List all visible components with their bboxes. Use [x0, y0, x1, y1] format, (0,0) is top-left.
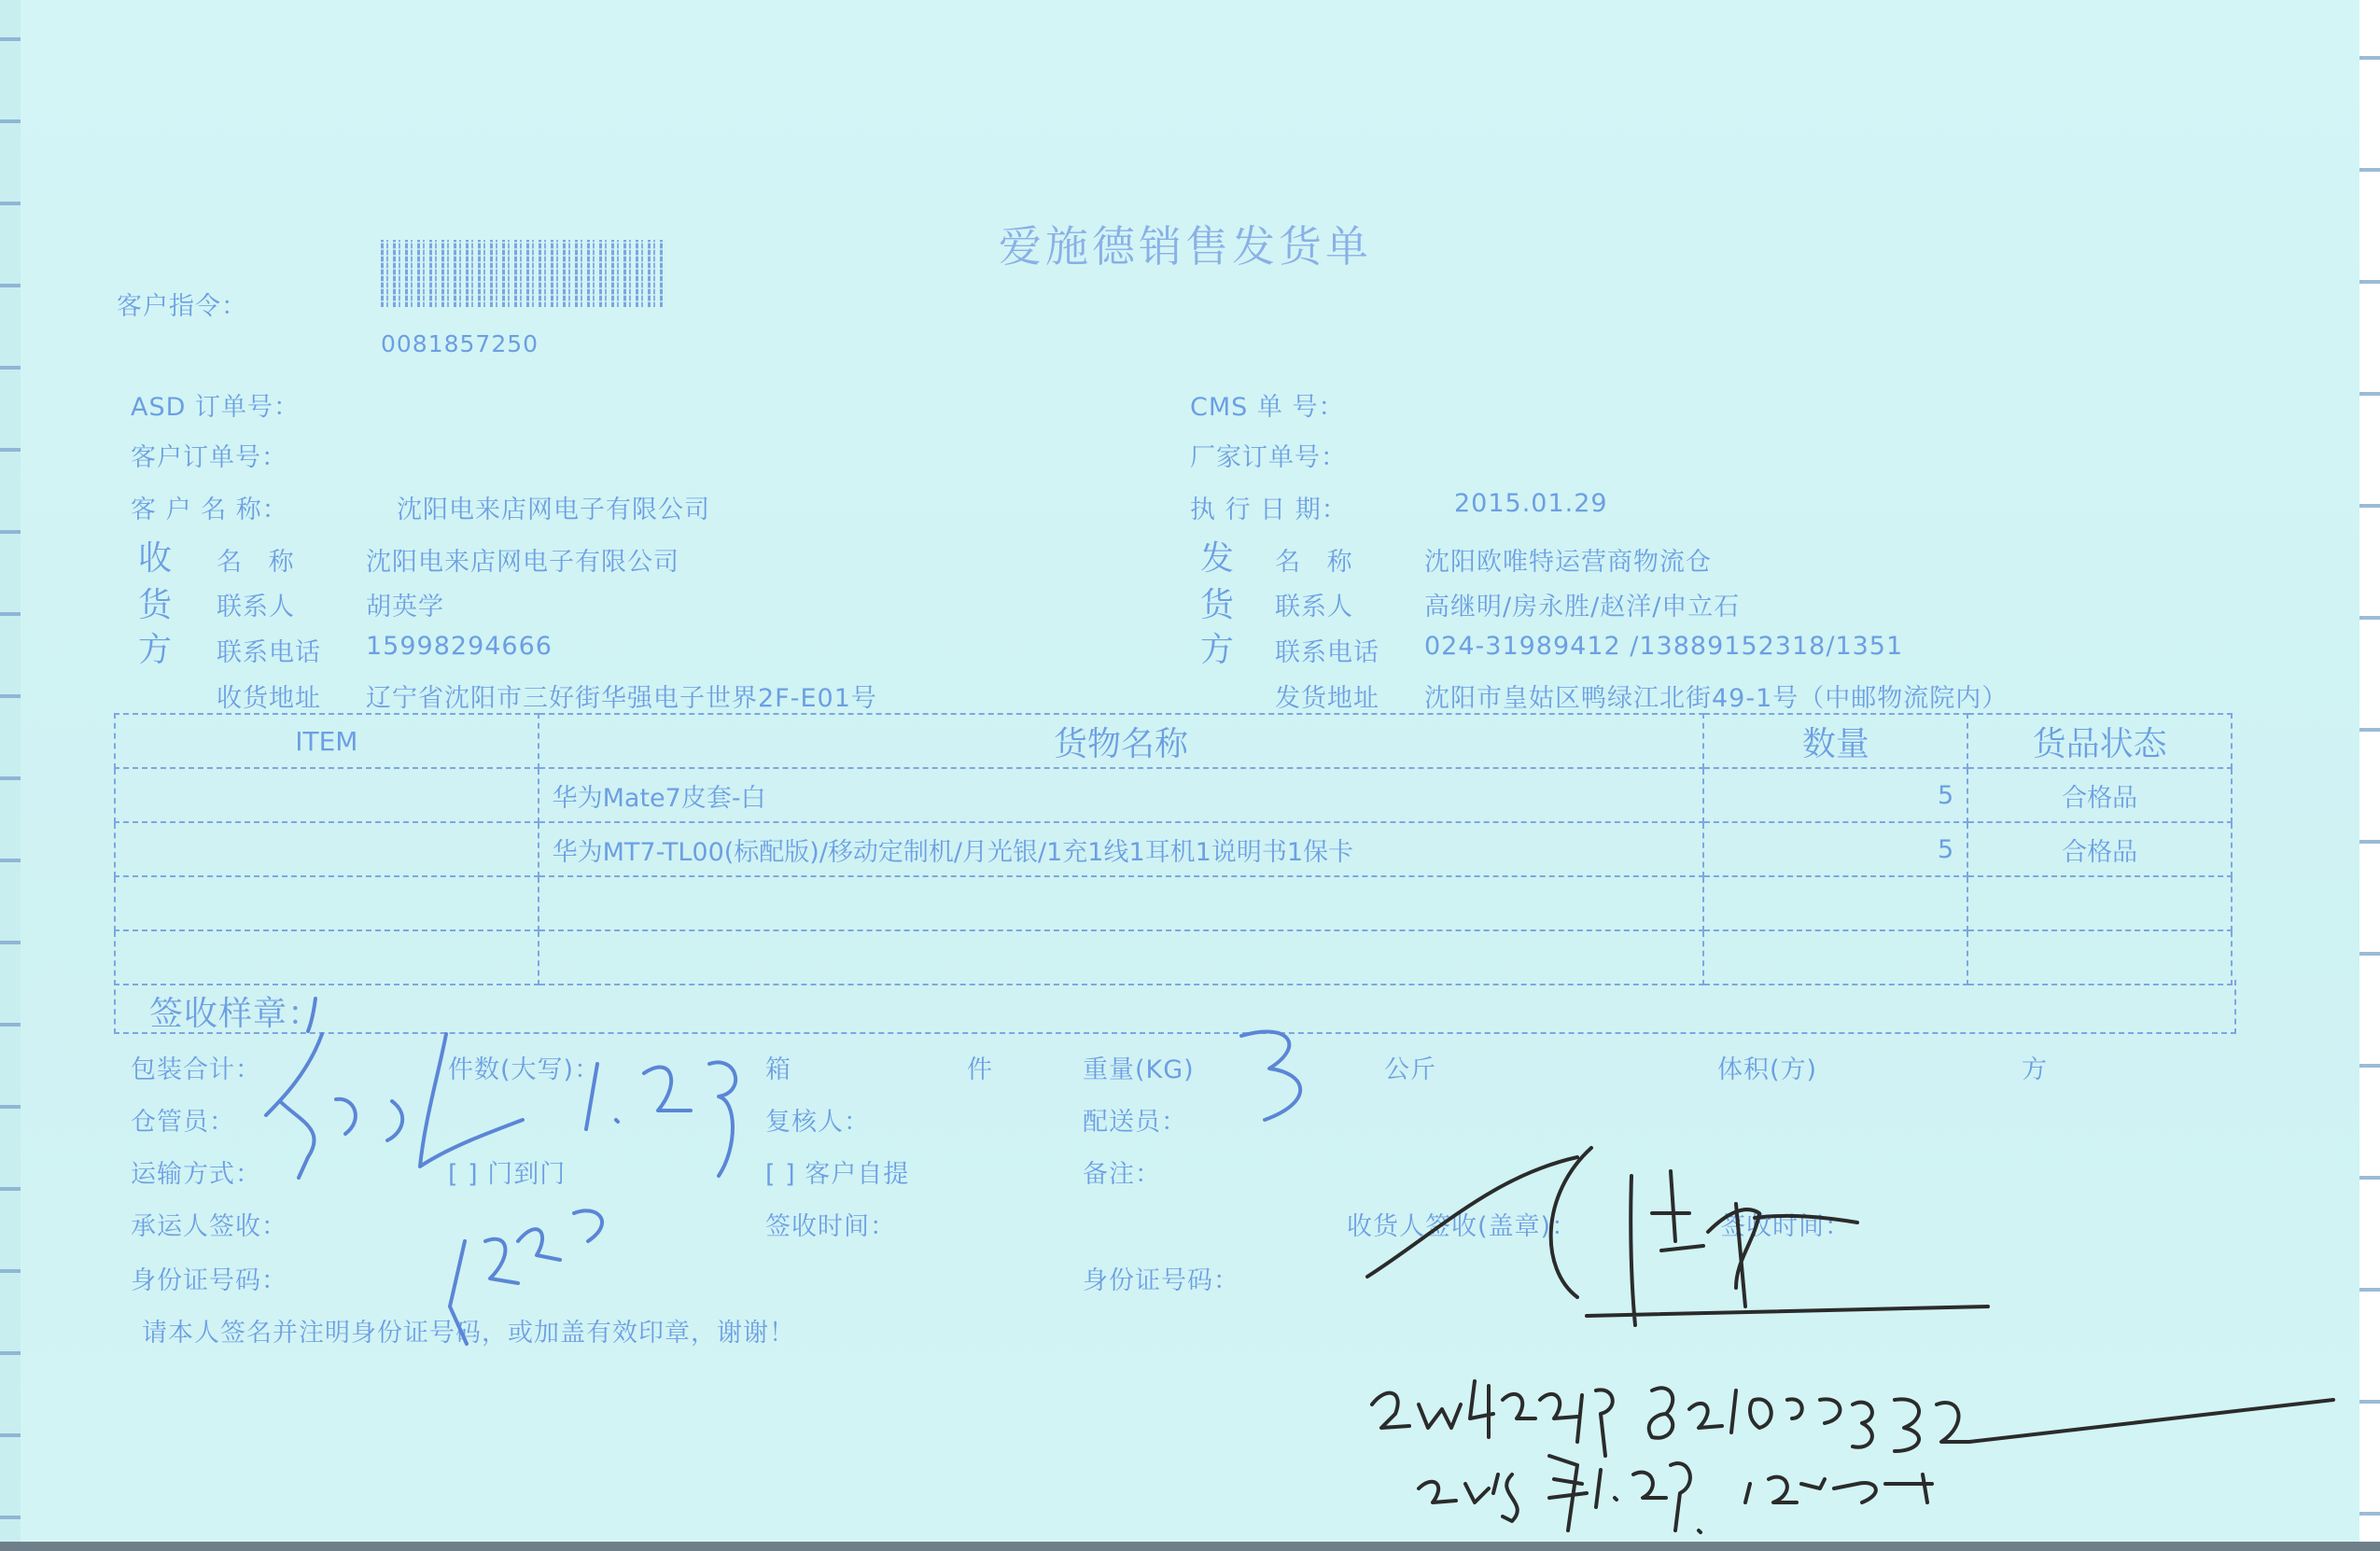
row-goods-name: [539, 876, 1704, 930]
receiver-side-char-3: 方: [138, 623, 173, 671]
volume-label: 体积(方): [1717, 1049, 1817, 1085]
box-label: 箱: [765, 1049, 791, 1085]
transport-method-label: 运输方式：: [131, 1153, 261, 1190]
asd-order-label: ASD 订单号：: [131, 386, 300, 423]
header-quantity: 数量: [1703, 714, 1967, 768]
row-status: [1967, 930, 2232, 985]
row-status: [1967, 876, 2232, 930]
barcode-number: 0081857250: [381, 330, 539, 357]
row-goods-name: [539, 930, 1704, 985]
table-row: [115, 876, 2232, 930]
receiver-phone-label: 联系电话: [217, 632, 321, 668]
row-status: 合格品: [1967, 822, 2232, 876]
self-pickup-checkbox[interactable]: [ ] 客户自提: [765, 1153, 909, 1190]
tractor-feed-edge-left: [0, 0, 21, 1551]
id-number-label-left: 身份证号码：: [131, 1260, 287, 1296]
scan-bottom-edge: [0, 1542, 2380, 1551]
sender-contact-value: 高继明/房永胜/赵洋/申立石: [1424, 586, 1740, 622]
carrier-sign-label: 承运人签收：: [131, 1206, 287, 1242]
row-goods-name: 华为MT7-TL00(标配版)/移动定制机/月光银/1充1线1耳机1说明书1保卡: [539, 822, 1704, 876]
package-total-label: 包装合计：: [131, 1049, 261, 1085]
sender-phone-value: 024-31989412 /13889152318/1351: [1424, 632, 1903, 661]
row-item: [115, 768, 539, 822]
exec-date-value: 2015.01.29: [1454, 489, 1608, 518]
sender-side-char-3: 方: [1200, 623, 1235, 671]
customer-name-value: 沈阳电来店网电子有限公司: [397, 489, 710, 525]
row-quantity: 5: [1703, 822, 1967, 876]
tractor-feed-edge-right: [2359, 0, 2380, 1551]
kg-label: 公斤: [1384, 1049, 1436, 1085]
document-title: 爱施德销售发货单: [999, 213, 1372, 274]
receiver-contact-label: 联系人: [217, 586, 295, 622]
header-goods-name: 货物名称: [539, 714, 1704, 768]
sender-address-value: 沈阳市皇姑区鸭绿江北街49-1号（中邮物流院内）: [1424, 678, 2008, 714]
receiver-sign-label: 收货人签收(盖章)：: [1347, 1206, 1577, 1242]
receiver-name-label: 名 称: [217, 541, 303, 578]
row-item: [115, 876, 539, 930]
receiver-contact-value: 胡英学: [366, 586, 444, 622]
receiver-sign-time-label: 签收时间：: [1720, 1206, 1851, 1242]
sender-contact-label: 联系人: [1275, 586, 1353, 622]
header-item: ITEM: [115, 714, 539, 768]
receiver-side-char-1: 收: [138, 532, 173, 580]
warehouse-keeper-label: 仓管员：: [131, 1101, 235, 1138]
receiver-phone-value: 15998294666: [366, 632, 553, 661]
row-goods-name: 华为Mate7皮套-白: [539, 768, 1704, 822]
table-row: 华为MT7-TL00(标配版)/移动定制机/月光银/1充1线1耳机1说明书1保卡…: [115, 822, 2232, 876]
goods-table: ITEM 货物名称 数量 货品状态 华为Mate7皮套-白 5 合格品 华为MT…: [114, 713, 2233, 985]
piece-label: 件: [967, 1049, 993, 1085]
row-quantity: [1703, 930, 1967, 985]
sign-stamp-label: 签收样章：: [149, 987, 322, 1035]
sender-address-label: 发货地址: [1275, 678, 1379, 714]
row-item: [115, 930, 539, 985]
receiver-address-value: 辽宁省沈阳市三好街华强电子世界2F-E01号: [366, 678, 877, 714]
row-quantity: [1703, 876, 1967, 930]
sign-time-label: 签收时间：: [765, 1206, 896, 1242]
sender-phone-label: 联系电话: [1275, 632, 1379, 668]
table-row: [115, 930, 2232, 985]
goods-table-header: ITEM 货物名称 数量 货品状态: [115, 714, 2232, 768]
table-row: 华为Mate7皮套-白 5 合格品: [115, 768, 2232, 822]
row-quantity: 5: [1703, 768, 1967, 822]
sender-name-value: 沈阳欧唯特运营商物流仓: [1424, 541, 1712, 578]
customer-order-label: 客户订单号：: [131, 437, 287, 473]
delivery-person-label: 配送员：: [1083, 1101, 1187, 1138]
exec-date-label: 执 行 日 期：: [1190, 489, 1348, 525]
receiver-side-char-2: 货: [138, 579, 173, 626]
cubic-label: 方: [2022, 1049, 2048, 1085]
door-to-door-checkbox[interactable]: [ ] 门到门: [448, 1153, 566, 1190]
row-item: [115, 822, 539, 876]
receiver-address-label: 收货地址: [217, 678, 321, 714]
signature-notice: 请本人签名并注明身份证号码，或加盖有效印章，谢谢！: [142, 1312, 795, 1348]
cms-order-label: CMS 单 号：: [1190, 386, 1344, 423]
weight-label: 重量(KG): [1083, 1049, 1195, 1085]
checker-label: 复核人：: [765, 1101, 870, 1138]
receiver-name-value: 沈阳电来店网电子有限公司: [366, 541, 679, 578]
remark-label: 备注：: [1083, 1153, 1161, 1190]
sender-name-label: 名 称: [1275, 541, 1362, 578]
customer-instruction-label: 客户指令：: [117, 286, 247, 322]
customer-name-label: 客 户 名 称：: [131, 489, 288, 525]
barcode: [381, 240, 665, 307]
id-number-label-right: 身份证号码：: [1083, 1260, 1239, 1296]
sender-side-char-1: 发: [1200, 532, 1235, 580]
row-status: 合格品: [1967, 768, 2232, 822]
header-goods-status: 货品状态: [1967, 714, 2232, 768]
pieces-label: 件数(大写)：: [448, 1049, 600, 1085]
factory-order-label: 厂家订单号：: [1190, 437, 1347, 473]
sign-stamp-box: [114, 980, 2236, 1034]
sender-side-char-2: 货: [1200, 579, 1235, 626]
